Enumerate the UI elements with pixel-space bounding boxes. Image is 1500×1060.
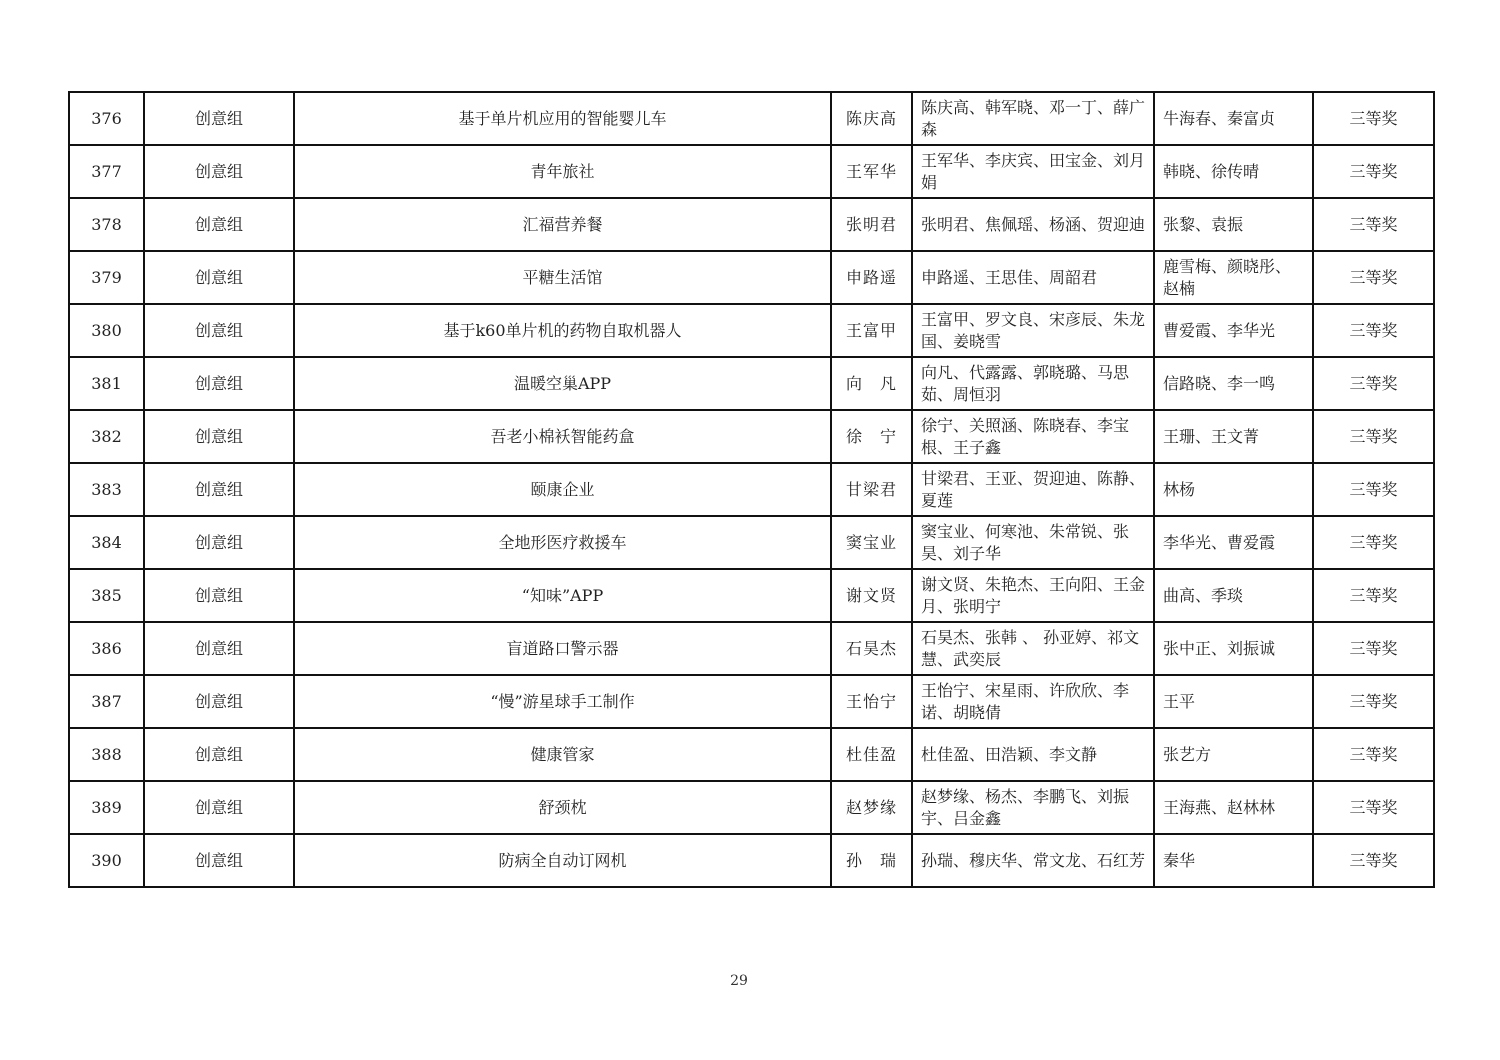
team-members-cell: 申路遥、王思佳、周韶君 [912,251,1154,304]
table-row: 385创意组“知味”APP谢文贤谢文贤、朱艳杰、王向阳、王金月、张明宁曲高、季琰… [69,569,1434,622]
team-leader-cell: 王怡宁 [831,675,912,728]
team-leader-cell: 赵梦缘 [831,781,912,834]
entry-number-cell: 390 [69,834,144,887]
entry-number-cell: 376 [69,92,144,145]
project-title-cell: 盲道路口警示器 [294,622,831,675]
team-leader-cell: 张明君 [831,198,912,251]
advisors-cell: 信路晓、李一鸣 [1154,357,1313,410]
team-members-cell: 孙瑞、穆庆华、常文龙、石红芳 [912,834,1154,887]
award-level-cell: 三等奖 [1313,410,1434,463]
entry-number-cell: 388 [69,728,144,781]
advisors-cell: 林杨 [1154,463,1313,516]
award-level-cell: 三等奖 [1313,622,1434,675]
table-row: 381创意组温暖空巢APP向 凡向凡、代露露、郭晓璐、马思茹、周恒羽信路晓、李一… [69,357,1434,410]
advisors-cell: 张黎、袁振 [1154,198,1313,251]
award-level-cell: 三等奖 [1313,834,1434,887]
advisors-cell: 秦华 [1154,834,1313,887]
group-name-cell: 创意组 [144,92,294,145]
project-title-cell: 温暖空巢APP [294,357,831,410]
table-row: 383创意组颐康企业甘梁君甘梁君、王亚、贺迎迪、陈静、夏莲林杨三等奖 [69,463,1434,516]
award-level-cell: 三等奖 [1313,463,1434,516]
team-leader-cell: 申路遥 [831,251,912,304]
award-level-cell: 三等奖 [1313,357,1434,410]
table-row: 380创意组基于k60单片机的药物自取机器人王富甲王富甲、罗文良、宋彦辰、朱龙国… [69,304,1434,357]
table-row: 388创意组健康管家杜佳盈杜佳盈、田浩颖、李文静张艺方三等奖 [69,728,1434,781]
project-title-cell: 基于单片机应用的智能婴儿车 [294,92,831,145]
team-members-cell: 王怡宁、宋星雨、许欣欣、李诺、胡晓倩 [912,675,1154,728]
group-name-cell: 创意组 [144,357,294,410]
team-leader-cell: 甘梁君 [831,463,912,516]
group-name-cell: 创意组 [144,251,294,304]
entry-number-cell: 378 [69,198,144,251]
advisors-cell: 曹爱霞、李华光 [1154,304,1313,357]
group-name-cell: 创意组 [144,145,294,198]
project-title-cell: “知味”APP [294,569,831,622]
award-level-cell: 三等奖 [1313,569,1434,622]
advisors-cell: 韩晓、徐传晴 [1154,145,1313,198]
team-leader-cell: 王富甲 [831,304,912,357]
group-name-cell: 创意组 [144,622,294,675]
advisors-cell: 王珊、王文菁 [1154,410,1313,463]
project-title-cell: 防病全自动订网机 [294,834,831,887]
award-level-cell: 三等奖 [1313,251,1434,304]
team-members-cell: 窦宝业、何寒池、朱常锐、张昊、刘子华 [912,516,1154,569]
team-leader-cell: 徐 宁 [831,410,912,463]
team-leader-cell: 杜佳盈 [831,728,912,781]
team-members-cell: 陈庆高、韩军晓、邓一丁、薛广森 [912,92,1154,145]
award-level-cell: 三等奖 [1313,675,1434,728]
entry-number-cell: 380 [69,304,144,357]
entry-number-cell: 384 [69,516,144,569]
entry-number-cell: 382 [69,410,144,463]
advisors-cell: 牛海春、秦富贞 [1154,92,1313,145]
group-name-cell: 创意组 [144,198,294,251]
team-members-cell: 向凡、代露露、郭晓璐、马思茹、周恒羽 [912,357,1154,410]
entry-number-cell: 389 [69,781,144,834]
entry-number-cell: 386 [69,622,144,675]
project-title-cell: 汇福营养餐 [294,198,831,251]
team-members-cell: 石昊杰、张韩 、 孙亚婷、祁文慧、武奕辰 [912,622,1154,675]
team-leader-cell: 谢文贤 [831,569,912,622]
advisors-cell: 鹿雪梅、颜晓彤、赵楠 [1154,251,1313,304]
award-level-cell: 三等奖 [1313,781,1434,834]
table-row: 384创意组全地形医疗救援车窦宝业窦宝业、何寒池、朱常锐、张昊、刘子华李华光、曹… [69,516,1434,569]
team-leader-cell: 王军华 [831,145,912,198]
team-leader-cell: 石昊杰 [831,622,912,675]
award-level-cell: 三等奖 [1313,516,1434,569]
table-row: 379创意组平糖生活馆申路遥申路遥、王思佳、周韶君鹿雪梅、颜晓彤、赵楠三等奖 [69,251,1434,304]
award-level-cell: 三等奖 [1313,198,1434,251]
table-row: 389创意组舒颈枕赵梦缘赵梦缘、杨杰、李鹏飞、刘振宇、吕金鑫王海燕、赵林林三等奖 [69,781,1434,834]
group-name-cell: 创意组 [144,675,294,728]
team-members-cell: 王富甲、罗文良、宋彦辰、朱龙国、姜晓雪 [912,304,1154,357]
table-row: 387创意组“慢”游星球手工制作王怡宁王怡宁、宋星雨、许欣欣、李诺、胡晓倩王平三… [69,675,1434,728]
group-name-cell: 创意组 [144,463,294,516]
award-level-cell: 三等奖 [1313,728,1434,781]
team-members-cell: 徐宁、关照涵、陈晓春、李宝根、王子鑫 [912,410,1154,463]
group-name-cell: 创意组 [144,781,294,834]
group-name-cell: 创意组 [144,304,294,357]
page-number: 29 [0,973,1478,989]
advisors-cell: 王平 [1154,675,1313,728]
team-members-cell: 王军华、李庆宾、田宝金、刘月娟 [912,145,1154,198]
advisors-cell: 王海燕、赵林林 [1154,781,1313,834]
entry-number-cell: 383 [69,463,144,516]
team-leader-cell: 窦宝业 [831,516,912,569]
table-row: 378创意组汇福营养餐张明君张明君、焦佩瑶、杨涵、贺迎迪张黎、袁振三等奖 [69,198,1434,251]
project-title-cell: “慢”游星球手工制作 [294,675,831,728]
advisors-cell: 张艺方 [1154,728,1313,781]
team-leader-cell: 陈庆高 [831,92,912,145]
entry-number-cell: 385 [69,569,144,622]
table-row: 377创意组青年旅社王军华王军华、李庆宾、田宝金、刘月娟韩晓、徐传晴三等奖 [69,145,1434,198]
team-members-cell: 杜佳盈、田浩颖、李文静 [912,728,1154,781]
award-level-cell: 三等奖 [1313,92,1434,145]
group-name-cell: 创意组 [144,834,294,887]
table-row: 382创意组吾老小棉袄智能药盒徐 宁徐宁、关照涵、陈晓春、李宝根、王子鑫王珊、王… [69,410,1434,463]
entry-number-cell: 381 [69,357,144,410]
team-leader-cell: 向 凡 [831,357,912,410]
project-title-cell: 青年旅社 [294,145,831,198]
group-name-cell: 创意组 [144,728,294,781]
table-row: 390创意组防病全自动订网机孙 瑞孙瑞、穆庆华、常文龙、石红芳秦华三等奖 [69,834,1434,887]
advisors-cell: 曲高、季琰 [1154,569,1313,622]
table-row: 386创意组盲道路口警示器石昊杰石昊杰、张韩 、 孙亚婷、祁文慧、武奕辰张中正、… [69,622,1434,675]
entry-number-cell: 379 [69,251,144,304]
team-members-cell: 张明君、焦佩瑶、杨涵、贺迎迪 [912,198,1154,251]
project-title-cell: 吾老小棉袄智能药盒 [294,410,831,463]
group-name-cell: 创意组 [144,410,294,463]
team-leader-cell: 孙 瑞 [831,834,912,887]
project-title-cell: 舒颈枕 [294,781,831,834]
award-table: 376创意组基于单片机应用的智能婴儿车陈庆高陈庆高、韩军晓、邓一丁、薛广森牛海春… [68,91,1435,888]
entry-number-cell: 377 [69,145,144,198]
project-title-cell: 平糖生活馆 [294,251,831,304]
group-name-cell: 创意组 [144,569,294,622]
project-title-cell: 健康管家 [294,728,831,781]
project-title-cell: 基于k60单片机的药物自取机器人 [294,304,831,357]
table-body: 376创意组基于单片机应用的智能婴儿车陈庆高陈庆高、韩军晓、邓一丁、薛广森牛海春… [69,92,1434,887]
entry-number-cell: 387 [69,675,144,728]
table-row: 376创意组基于单片机应用的智能婴儿车陈庆高陈庆高、韩军晓、邓一丁、薛广森牛海春… [69,92,1434,145]
advisors-cell: 李华光、曹爱霞 [1154,516,1313,569]
project-title-cell: 颐康企业 [294,463,831,516]
award-level-cell: 三等奖 [1313,304,1434,357]
group-name-cell: 创意组 [144,516,294,569]
team-members-cell: 赵梦缘、杨杰、李鹏飞、刘振宇、吕金鑫 [912,781,1154,834]
team-members-cell: 甘梁君、王亚、贺迎迪、陈静、夏莲 [912,463,1154,516]
project-title-cell: 全地形医疗救援车 [294,516,831,569]
award-level-cell: 三等奖 [1313,145,1434,198]
team-members-cell: 谢文贤、朱艳杰、王向阳、王金月、张明宁 [912,569,1154,622]
advisors-cell: 张中正、刘振诚 [1154,622,1313,675]
